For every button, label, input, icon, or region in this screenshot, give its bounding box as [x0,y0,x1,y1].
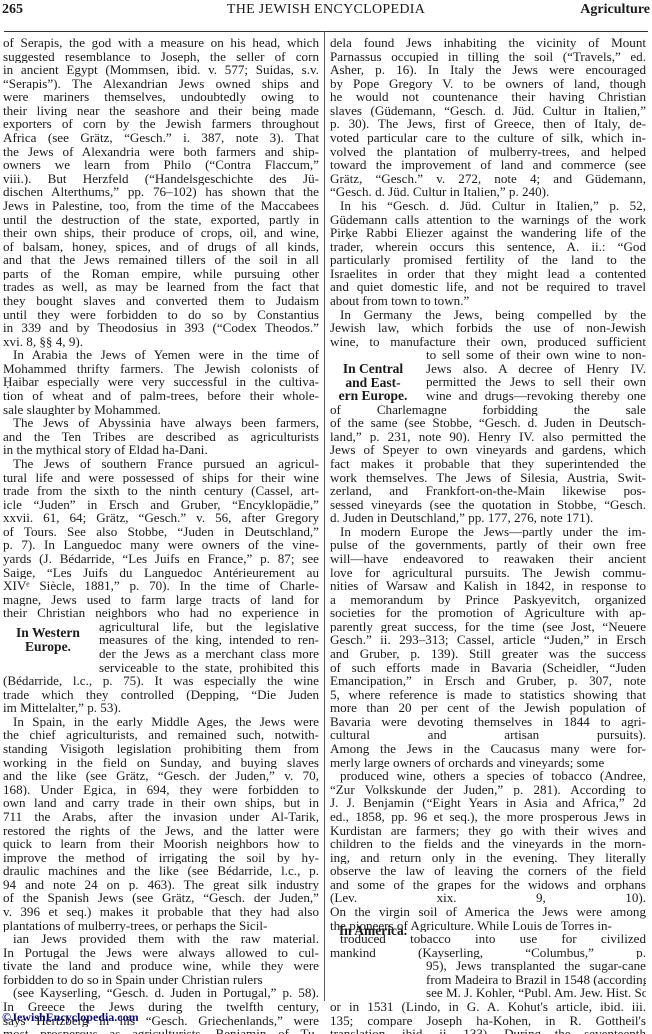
text-line: most prosperous as agriculturists. Benja… [3,1027,319,1034]
text-line: xvi. 8, §§ 4, 9). [3,335,319,349]
text-line: Jews of Speyer to own vineyards and gard… [330,443,646,457]
text-line: dischen Alterthums,” pp. 76–102) has sho… [3,185,319,199]
text-line: working in the field on Sunday, and buyi… [3,756,319,770]
text-line: Güdemann calls attention to the warnings… [330,213,646,227]
text-line: tivate the land and produce wine, while … [3,959,319,973]
text-line: pulse of the governments, partly of thei… [330,538,646,552]
text-line: nities of Warsaw and Kalish in 1842, in … [330,579,646,593]
text-line: and quiet domestic life, and not be requ… [330,280,646,294]
text-line: trade which they controlled (Depping, “D… [3,688,319,702]
text-line: and the like (see Grätz, “Gesch. der Jud… [3,769,319,783]
text-line: and the Ten Tribes are described as agri… [3,430,319,444]
text-line: in 339 and by Theodosius in 393 (“Codex … [3,321,319,335]
text-line: until the destruction of the state, expo… [3,213,319,227]
text-line: to sell some of their own wine to non- [330,348,646,362]
text-line: 711 the Arabs, after the invasion under … [3,810,319,824]
section-title: Agriculture [580,2,650,18]
text-line: restored the rights of the Jews, and the… [3,824,319,838]
text-line: parts of the Roman empire, while pursuin… [3,267,319,281]
text-line: suggested resemblance to Joseph, the sel… [3,50,319,64]
text-line: Mohammed thrifty farmers. The Jewish col… [3,362,319,376]
text-line: 94 and note 24 on p. 463). The great sil… [3,878,319,892]
text-line: a memorandum by Prince Paskyevitch, orga… [330,593,646,607]
text-line: toward the improvement of land and comme… [330,158,646,172]
text-line: particularly promised fertility of the l… [330,253,646,267]
margin-note-line: ern Europe. [328,389,418,403]
text-line: The Jews of southern France pursued an a… [3,457,319,471]
text-line: their living near the seashore and their… [3,104,319,118]
text-line: see M. J. Kohler, “Publ. Am. Jew. Hist. … [330,986,646,1000]
text-line: 95), Jews transplanted the sugar-cane [330,959,646,973]
text-line: in ancient Egypt (Mommsen, ibid. v. 577;… [3,63,319,77]
text-line: p. 30). The Jews, first of Greece, then … [330,117,646,131]
text-line: observe the law of leaving the corners o… [330,864,646,878]
text-line: “Gesch. d. Jüd. Cultur in Italien,” p. 2… [330,185,646,199]
text-line: owners we learn from Philo (“Contra Flac… [3,158,319,172]
text-line: own land and carry trade in their own sh… [3,796,319,810]
text-line: voted particular care to the culture of … [330,131,646,145]
text-line: (Lev. xix. 9, 10). [330,891,646,905]
text-line: viii.). But Herzfeld (“Handelsgeschichte… [3,172,319,186]
text-line: he would not countenance their having Ch… [330,90,646,104]
text-line: tural life and were possessed of ships f… [3,471,319,485]
text-line: about from town to town.” [330,294,646,308]
text-line: of the Spanish Jews (see Grätz, “Gesch. … [3,891,319,905]
text-line: In Arabia the Jews of Yemen were in the … [3,348,319,362]
text-line: serviceable to the state, prohibited thi… [3,661,319,675]
text-line: ing, and return only in the evening. The… [330,851,646,865]
text-line: tion of wheat and of palm-trees, before … [3,389,319,403]
text-line: icle “Juden” in Ersch and Gruber, “Encyk… [3,498,319,512]
text-line: The Jews of Abyssinia have always been f… [3,416,319,430]
text-line: Saige, “Les Juifs du Languedoc Antérieur… [3,566,319,580]
text-line: xxvii. 61, 64; Grätz, “Gesch.” v. 56, af… [3,511,319,525]
text-line: improve the method of irrigating the soi… [3,851,319,865]
text-line: land,” p. 231, note 90). Henry IV. also … [330,430,646,444]
text-line: and some of the grapes for the widows an… [330,878,646,892]
text-line: of such efforts made in Bavaria (Scheidl… [330,661,646,675]
text-line: volved the plantation of mulberry-trees,… [330,145,646,159]
text-line: wine, to manufacture their own, produced… [330,335,646,349]
text-line: of Charlemagne forbidding the sale [330,403,646,417]
text-line: of the same (see Stobbe, “Gesch. d. Jude… [330,416,646,430]
text-line: im Mittelalter,” p. 53). [3,701,319,715]
text-line: zerland, and Frankfort-on-the-Main likew… [330,484,646,498]
text-line: Emancipation,” in Ersch and Gruber, p. 3… [330,674,646,688]
text-line: XIVᵉ Siècle, 1881,” p. 70). In the time … [3,579,319,593]
text-line: slaves (Güdemann, “Gesch. d. Jüd. Cultur… [330,104,646,118]
text-line: Asher, p. 16). In Italy the Jews were en… [330,63,646,77]
margin-note-line: and East- [328,376,418,390]
text-line: fact makes it probable that they superin… [330,457,646,471]
text-line: magne, Jews used to farm large tracts of… [3,593,319,607]
text-line: of balsam, honey, spices, and of drugs o… [3,240,319,254]
text-line: Kurdistan are farmers; they go with thei… [330,824,646,838]
text-line: sessed vineyards (see the quotation in S… [330,498,646,512]
text-line: merly large owners of orchards and viney… [330,756,646,770]
text-line: Jews in Palestine, too, from the time of… [3,199,319,213]
text-line: quick to learn from their Moorish neighb… [3,837,319,851]
text-line: translation, ibid. ii. 133). During the … [330,1027,646,1034]
text-line: parently great success, for the time (se… [330,620,646,634]
text-line: their own ships, their produce of crops,… [3,226,319,240]
text-line: forbidden to do so in Spain under Christ… [3,973,319,987]
text-line: the chief agriculturists, and remained s… [3,728,319,742]
text-line: v. 396 et seq.) makes it probable that t… [3,905,319,919]
text-line: or in 1531 (Lindo, in G. A. Kohut's arti… [330,1000,646,1014]
watermark: ©JewishEncyclopedia.com [2,1010,139,1025]
text-line: from Madeira to Brazil in 1548 (accordin… [330,973,646,987]
text-line: sale slaughter by Mohammed. [3,403,319,417]
text-line: Pirḳe Rabbi Eliezer against the wanderin… [330,226,646,240]
text-line: (see Kayserling, “Gesch. d. Juden in Por… [3,986,319,1000]
text-line: 135; compare Joseph ha-Kohen, in R. Gott… [330,1014,646,1028]
text-line: Africa (see Grätz, “Gesch.” i. 387, note… [3,131,319,145]
text-line: they bought slaves and converted them to… [3,294,319,308]
text-line: On the virgin soil of America the Jews w… [330,905,646,919]
text-line: draulic machines and the like (see Bédar… [3,864,319,878]
text-line: d. Juden in Deutschland,” pp. 177, 276, … [330,511,646,525]
text-line: produced wine, others a species of tobac… [330,769,646,783]
text-line: societies for the promotion of Agricultu… [330,606,646,620]
text-line: trader, wherein occurs this sentence, A.… [330,240,646,254]
text-line: children to the fields and the vineyards… [330,837,646,851]
text-line: Among the Jews in the Caucasus many were… [330,742,646,756]
text-line: p. 7). In Languedoc many were owners of … [3,538,319,552]
margin-note-line: In Central [328,362,418,376]
text-line: mankind (Kayserling, “Columbus,” p. [330,946,646,960]
text-line: and Gruber, p. 139). Still greater was t… [330,647,646,661]
text-line: of Serapis, the god with a measure on hi… [3,36,319,50]
margin-note-line: In America. [328,924,418,938]
margin-note-line: Europe. [3,640,93,654]
text-line: In Germany the Jews, being compelled by … [330,308,646,322]
running-title: THE JEWISH ENCYCLOPEDIA [0,2,652,18]
text-line: Parnassus occupied in tilling the soil (… [330,50,646,64]
text-line: plantations of mulberry-trees, or perhap… [3,919,319,933]
left-column: of Serapis, the god with a measure on hi… [3,36,319,1034]
text-line: Jewish law, which forbids the use of non… [330,321,646,335]
page-header: 265 THE JEWISH ENCYCLOPEDIA Agriculture [0,2,652,22]
text-line: cultural and artisan pursuits). [330,728,646,742]
text-line: In Portugal the Jews were always allowed… [3,946,319,960]
text-line: In modern Europe the Jews—partly under t… [330,525,646,539]
text-line: the Jews of Alexandria were both farmers… [3,145,319,159]
header-rule [4,31,648,32]
text-line: yards (J. Bédarride, “Les Juifs en Franc… [3,552,319,566]
text-line: trade from the sixth to the ninth centur… [3,484,319,498]
text-line: 168). Under Egica, in 694, they were for… [3,783,319,797]
text-line: In Spain, in the early Middle Ages, the … [3,715,319,729]
text-line: (Bédarride, l.c., p. 75). It was especia… [3,674,319,688]
margin-note-line: In Western [3,626,93,640]
text-line: were mariners themselves, undoubtedly ow… [3,90,319,104]
text-line: standing Visigoth legislation prohibitin… [3,742,319,756]
text-line: of Tours. See also Stobbe, “Juden in Deu… [3,525,319,539]
text-line: dela found Jews inhabiting the vicinity … [330,36,646,50]
text-line: Gesch.” ii. 293–313; Cassel, article “Ju… [330,633,646,647]
text-line: in the mythical story of Eldad ha-Dani. [3,443,319,457]
text-line: work themselves. The Jews of Silesia, Au… [330,471,646,485]
text-line: Israelites in order that they might lead… [330,267,646,281]
right-column: dela found Jews inhabiting the vicinity … [330,36,646,1034]
column-divider [324,31,325,1001]
text-line: ed., 1858, pp. 96 et seq.), the more pro… [330,810,646,824]
text-line: In his “Gesch. d. Jüd. Cultur in Italien… [330,199,646,213]
text-line: will—have endeavored to reawaken their a… [330,552,646,566]
text-line: “Zur Volkskunde der Juden,” p. 281). Acc… [330,783,646,797]
text-line: love for agricultural pursuits. The Jewi… [330,566,646,580]
text-line: by Pope Gregory V. to be owners of land,… [330,77,646,91]
text-line: more than 20 per cent of the Jewish popu… [330,701,646,715]
text-line: trades as well, as may be learned from t… [3,280,319,294]
text-line: their Christian neighbors who had no exp… [3,606,319,620]
text-line: ian Jews provided them with the raw mate… [3,932,319,946]
text-line: Grätz, “Gesch.” v. 272, note 4; and Güde… [330,172,646,186]
text-line: 5, where reference is made to statistics… [330,688,646,702]
text-line: “Serapis”). The Alexandrian Jews owned s… [3,77,319,91]
text-line: exporters of corn by the Jewish farmers … [3,117,319,131]
text-line: until they were forbidden to do so by Co… [3,308,319,322]
margin-note-western-europe: In Western Europe. [3,626,93,653]
text-line: J. J. Benjamin (“Eight Years in Asia and… [330,796,646,810]
text-line: Ḥaibar especially were very successful i… [3,375,319,389]
text-line: Bavaria were devoting themselves in 1844… [330,715,646,729]
margin-note-america: In America. [328,924,418,938]
text-line: and that the Jews remained tillers of th… [3,253,319,267]
margin-note-central-eastern-europe: In Central and East- ern Europe. [328,362,418,403]
